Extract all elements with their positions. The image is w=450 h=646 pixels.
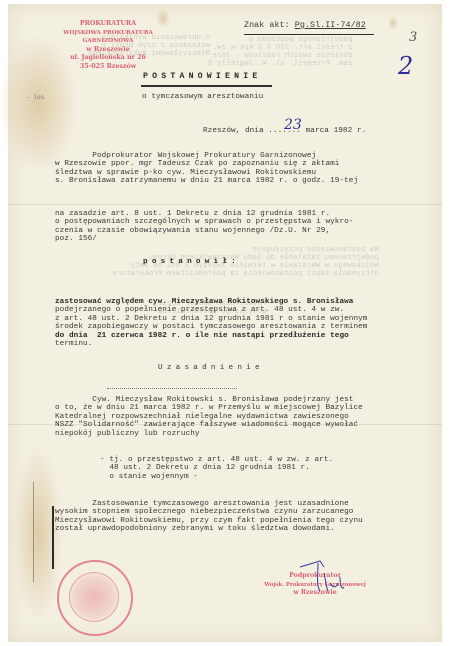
margin-mark — [52, 506, 54, 569]
stamp-line: w Rzeszowie — [48, 46, 168, 55]
scanned-document-page: podejrzanego pouczono o z treści art. 22… — [8, 4, 442, 642]
text-line: Katedralnej rozpowszechniał nielegalne w… — [55, 413, 363, 421]
case-reference: Znak akt: Pg.Sl.II-74/82 — [244, 21, 366, 29]
text-line: do dnia 21 czerwca 1982 r. o ile nie nas… — [55, 332, 367, 340]
legal-basis-paragraph: na zasadzie art. 8 ust. 1 Dekretu z dnia… — [55, 210, 353, 244]
text-line: czenia w czasie obowiązywania stanu woje… — [55, 227, 353, 235]
text-line: został uprawdopodobniony zebranymi w tok… — [55, 525, 363, 533]
justification-paragraph: Cyw. Mieczysław Rokitowski s. Bronisława… — [55, 396, 363, 438]
text-line: terminu. — [55, 340, 367, 348]
intro-paragraph: Podprokurator Wojskowej Prokuratury Garn… — [55, 152, 358, 186]
text-line: NSZZ "Solidarność" zawierające fałszywe … — [55, 421, 363, 429]
text-line: wysokim stopniem społecznego niebezpiecz… — [55, 508, 363, 516]
text-line: niepokój publiczny lub rozruchy — [55, 430, 363, 438]
decided-heading: postanowił: — [143, 258, 240, 266]
text-line: o to, że w dniu 21 marca 1982 r. w Przem… — [55, 404, 363, 412]
text-line: środek zapobiegawczy w postaci tymczasow… — [55, 323, 367, 331]
text-line: o stanie wojennym - — [100, 473, 333, 481]
stamp-line: ul. Jagiellońska nr 26 — [48, 54, 168, 63]
stamp-line: WOJSKOWA PROKURATURA GARNIZONOWA — [48, 29, 168, 46]
text-line: na zasadzie art. 8 ust. 1 Dekretu z dnia… — [55, 210, 353, 218]
date-month-year: marca 1982 r. — [306, 127, 367, 135]
text-line: Podprokurator Wojskowej Prokuratury Garn… — [55, 152, 358, 160]
case-ref-label: Znak akt: — [244, 20, 290, 30]
closing-paragraph: Zastosowanie tymczasowego aresztowania j… — [55, 500, 363, 534]
stamp-line: PROKURATURA — [48, 20, 168, 29]
text-line: Mieczysławowi Rokitowskiemu, przy czym f… — [55, 517, 363, 525]
bleed-through-text: podejrzanego pouczono o z treści art. 22… — [208, 36, 352, 68]
official-round-seal — [57, 560, 133, 636]
water-stain — [388, 16, 398, 30]
text-line: z art. 48 ust. 2 Dekretu z dnia 12 grudn… — [55, 315, 367, 323]
margin-note: - los — [26, 94, 44, 102]
case-ref-underline — [244, 34, 374, 35]
eagle-emblem-icon — [69, 572, 119, 622]
decision-paragraph: zastosować względem cyw. Mieczysława Rok… — [55, 298, 367, 348]
date-place: Rzeszów, dnia — [203, 127, 264, 135]
fold-line — [8, 204, 442, 205]
stamp-line: 35-025 Rzeszów — [48, 63, 168, 72]
text-line: s. Bronisława zatrzymanemu w dniu 21 mar… — [55, 177, 358, 185]
justification-heading: Uzasadnienie — [158, 364, 264, 372]
document-title: POSTANOWIENIE — [143, 73, 261, 81]
text-line: poz. 156/ — [55, 235, 353, 243]
handwritten-signature-icon — [296, 557, 356, 597]
text-line: w Rzeszowie ppor. mgr Tadeusz Czak po za… — [55, 160, 358, 168]
text-line: o postępowaniach szczególnych w sprawach… — [55, 218, 353, 226]
text-line: - tj. o przestępstwo z art. 48 ust. 4 w … — [100, 456, 333, 464]
text-line: 48 ust. 2 Dekretu z dnia 12 grudnia 1981… — [100, 464, 333, 472]
text-line: Cyw. Mieczysław Rokitowski s. Bronisława… — [55, 396, 363, 404]
heading-dotted-rule — [107, 388, 237, 390]
ink-page-number: 2 — [398, 52, 413, 80]
margin-line — [33, 482, 34, 582]
title-underline — [141, 85, 272, 87]
text-line: zastosować względem cyw. Mieczysława Rok… — [55, 298, 367, 306]
text-line: śledztwa w sprawie p-ko cyw. Mieczysławo… — [55, 169, 358, 177]
text-line: podejrzanego o popełnienie przestępstwa … — [55, 306, 367, 314]
text-line: Zastosowanie tymczasowego aresztowania j… — [55, 500, 363, 508]
case-ref-value: Pg.Sl.II-74/82 — [295, 20, 366, 30]
document-subtitle: o tymczasowym aresztowaniu — [142, 93, 263, 101]
water-stain — [13, 444, 63, 624]
prosecutor-office-stamp: PROKURATURA WOJSKOWA PROKURATURA GARNIZO… — [48, 20, 168, 71]
pencil-page-number: 3 — [409, 30, 417, 45]
handwritten-day: 23 — [284, 117, 302, 133]
offence-paragraph: - tj. o przestępstwo z art. 48 ust. 4 w … — [100, 456, 333, 481]
